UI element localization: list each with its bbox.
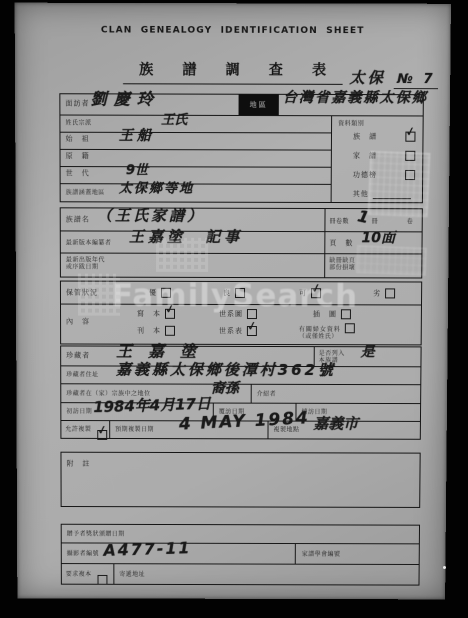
generation-value: 9世 [126, 164, 148, 177]
compiler-value: 王嘉塗 記事 [129, 230, 243, 245]
category-zupu-label: 族 譜 [353, 131, 377, 141]
award-date-label: 贈予者獎狀頒贈日期 [67, 531, 125, 538]
region-label: 地區 [239, 95, 279, 115]
page-number: № 7 [394, 72, 439, 89]
content-label: 內 容 [66, 319, 90, 327]
page-ref-handwritten: 太保 № 7 [349, 71, 438, 86]
category-other-label: 其他 [353, 189, 369, 199]
faint-stamp [368, 151, 431, 218]
clan-label: 姓氏宗派 [65, 120, 91, 127]
check-mark: ✓ [164, 302, 176, 316]
condition-fair-label: 可 [299, 288, 307, 298]
content-lineage-table-label: 世系表 [219, 326, 243, 336]
compiler-label: 最新版本編纂者 [66, 239, 112, 246]
section-notes: 附 註 [60, 452, 420, 508]
condition-excellent-label: 優 [149, 288, 157, 298]
pubdate-label: 最新出版年代 或序跋日期 [66, 257, 105, 271]
interviewer-value: 劉慶玲 [91, 91, 161, 107]
founder-label: 始 祖 [66, 136, 90, 144]
copy-location-value: 嘉義市 [313, 417, 358, 432]
condition-fair-checkbox[interactable]: ✓ [311, 288, 321, 298]
copy-permission-checkbox[interactable]: ✓ [97, 430, 107, 440]
missing-label-line1: 缺冊缺頁 [329, 257, 355, 264]
content-women-label: 有關婦女資料 [299, 324, 341, 333]
content-illustration-label: 插 圖 [313, 309, 337, 319]
faint-stamp-2 [356, 245, 427, 276]
origin-label: 原 籍 [66, 153, 90, 161]
keeper-value: 王 嘉 塗 [116, 344, 196, 360]
listed-label-line1: 是否列入 [319, 350, 345, 357]
introducer-label: 介紹者 [257, 391, 276, 398]
content-manuscript-checkbox[interactable]: ✓ [165, 309, 175, 319]
keeper-position-value: 裔孫 [211, 382, 239, 396]
listed-value: 是 [361, 345, 375, 359]
first-visit-value: 1984年4月17日 [93, 397, 211, 416]
section-keeper-info: 珍藏者 王 嘉 塗 是否列入 本族譜 是 珍藏者住址 嘉義縣太保鄉後潭村362號… [60, 345, 421, 439]
coverage-value: 太保鄉等地 [119, 182, 194, 195]
request-copy-checkbox[interactable] [98, 574, 108, 584]
check-mark: ✓ [96, 423, 108, 437]
volumes-label: 冊卷數 [329, 218, 349, 225]
document-page: CLAN GENEALOGY IDENTIFICATION SHEET 族 譜 … [15, 3, 451, 600]
content-printed-checkbox[interactable] [165, 326, 175, 336]
copy-location-label: 複製地點 [273, 427, 299, 434]
category-label: 資料類別 [338, 120, 364, 127]
content-women-checkbox[interactable] [345, 323, 355, 333]
notes-label: 附 註 [66, 461, 90, 469]
condition-good-label: 良 [223, 288, 231, 298]
content-lineage-chart-label: 世系圖 [219, 309, 243, 319]
condition-poor-checkbox[interactable] [385, 288, 395, 298]
microfilm-frame: CLAN GENEALOGY IDENTIFICATION SHEET 族 譜 … [0, 0, 468, 618]
volumes-unit-juan: 卷 [407, 218, 414, 225]
keeper-label: 珍藏者 [66, 352, 90, 360]
form-title: 族 譜 調 查 表 [123, 59, 342, 85]
volumes-unit-ce: 冊 [372, 218, 379, 225]
content-manuscript-label: 寫 本 [137, 309, 161, 319]
condition-good-checkbox[interactable] [235, 288, 245, 298]
film-speck [443, 566, 446, 569]
condition-label: 保管狀況 [66, 290, 98, 298]
request-copy-label: 要求複本 [66, 571, 92, 578]
condition-excellent-checkbox[interactable] [161, 288, 171, 298]
mailing-address-label: 寄遞地址 [119, 571, 145, 578]
photographer-number-value: A477-11 [103, 540, 191, 559]
pages-label: 頁 數 [329, 240, 353, 248]
content-printed-label: 刊 本 [137, 326, 161, 336]
check-mark: ✓ [246, 319, 258, 333]
page-ref-text: 太保 [349, 69, 385, 87]
genealogy-title-value: （王氏家譜） [97, 208, 205, 223]
genealogy-title-label: 族譜名 [66, 216, 90, 224]
section-condition-content: 保管狀況 優 良 可 ✓ 劣 內 容 寫 本 ✓ 世 [60, 281, 422, 346]
missing-pages-label: 缺冊缺頁 部份損壞 [329, 257, 355, 271]
region-value: 台灣省嘉義縣太保鄉 [283, 91, 428, 106]
content-illustration-checkbox[interactable] [341, 309, 351, 319]
clan-value: 王氏 [161, 114, 187, 127]
expected-copy-date-label: 預期複製日期 [115, 426, 154, 433]
check-mark: ✓ [310, 281, 322, 295]
generation-label: 世 代 [66, 170, 90, 178]
copy-permission-label: 允許複製 [65, 426, 91, 433]
sheet-title-en: CLAN GENEALOGY IDENTIFICATION SHEET [15, 25, 451, 36]
keeper-address-value: 嘉義縣太保鄉後潭村362號 [116, 363, 336, 378]
missing-label-line2: 部份損壞 [329, 264, 355, 271]
pubdate-label-line2: 或序跋日期 [66, 264, 99, 271]
section-admin: 贈予者獎狀頒贈日期 攝影者編號 A477-11 家譜學會編號 要求複本 寄遞地址 [61, 524, 420, 586]
content-lineage-chart-checkbox[interactable] [247, 309, 257, 319]
founder-value: 王船 [119, 129, 155, 143]
coverage-label: 族譜涵蓋地區 [66, 189, 105, 196]
condition-poor-label: 劣 [373, 288, 381, 298]
first-visit-label: 初訪日期 [66, 408, 92, 415]
photographer-number-label: 攝影者編號 [67, 550, 99, 557]
category-zupu-checkbox[interactable]: ✓ [405, 132, 415, 142]
keeper-address-label: 珍藏者住址 [66, 371, 98, 378]
pages-value: 10面 [361, 231, 395, 245]
society-number-label: 家譜學會編號 [302, 551, 341, 558]
check-mark: ✓ [404, 125, 416, 139]
interviewer-label: 面訪者 [65, 100, 89, 108]
content-lineage-table-checkbox[interactable]: ✓ [247, 326, 257, 336]
content-women-note: （或僅姓氏） [299, 333, 338, 340]
